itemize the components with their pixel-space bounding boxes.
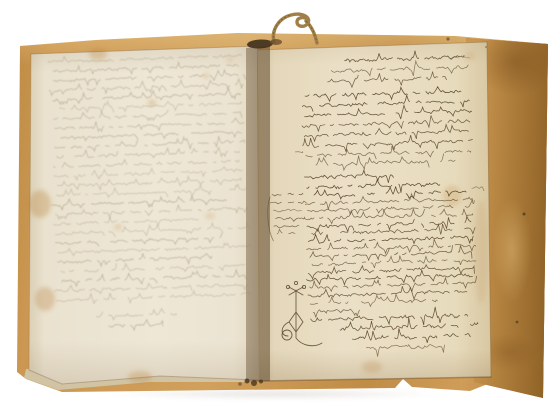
photograph-canvas: [0, 0, 555, 406]
